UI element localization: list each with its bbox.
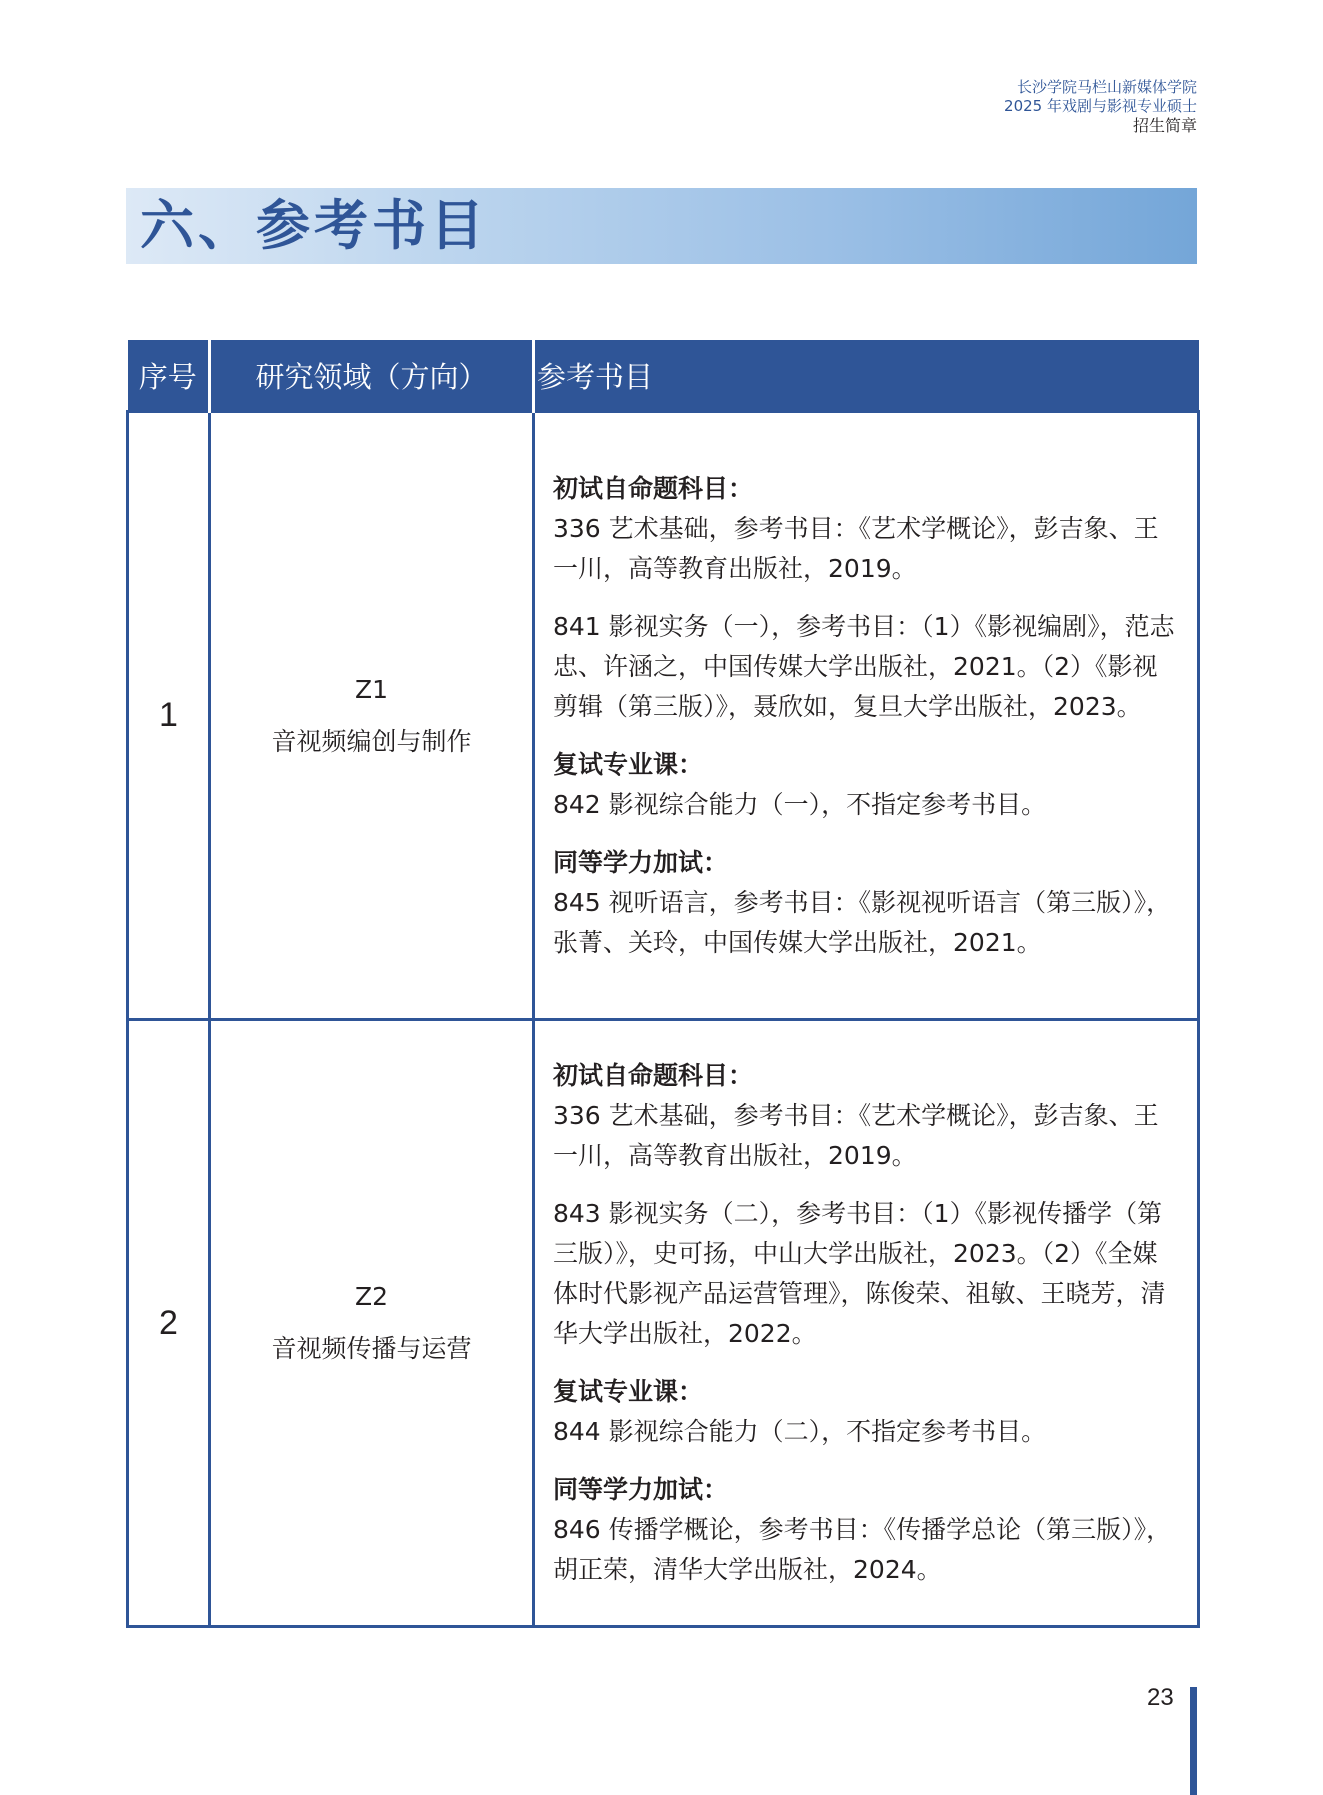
retest-heading: 复试专业课：: [553, 1372, 1179, 1412]
header-program: 2025 年戏剧与影视专业硕士: [1004, 97, 1197, 116]
field-code: Z1: [211, 664, 532, 716]
equiv-entry: 845 视听语言，参考书目：《影视视听语言（第三版）》，张菁、关玲，中国传媒大学…: [553, 883, 1179, 963]
header-index: 序号: [128, 340, 210, 412]
row-index: 2: [128, 1020, 210, 1627]
table-header-row: 序号 研究领域（方向） 参考书目: [128, 340, 1199, 412]
prelim-heading: 初试自命题科目：: [553, 469, 1179, 509]
prelim-subject-entry: 841 影视实务（一），参考书目：（1）《影视编剧》，范志忠、许涵之，中国传媒大…: [553, 607, 1179, 727]
header-institution: 长沙学院马栏山新媒体学院: [1004, 78, 1197, 97]
page-accent-bar: [1190, 1687, 1197, 1795]
equiv-heading: 同等学力加试：: [553, 1470, 1179, 1510]
field-name: 音视频传播与运营: [211, 1323, 532, 1375]
equiv-heading: 同等学力加试：: [553, 843, 1179, 883]
running-header: 长沙学院马栏山新媒体学院 2025 年戏剧与影视专业硕士 招生简章: [1004, 78, 1197, 135]
field-name: 音视频编创与制作: [211, 716, 532, 768]
reference-books-cell: 初试自命题科目： 336 艺术基础，参考书目：《艺术学概论》，彭吉象、王一川，高…: [534, 1020, 1199, 1627]
header-doc-type: 招生简章: [1004, 116, 1197, 135]
table-row: 2 Z2 音视频传播与运营 初试自命题科目： 336 艺术基础，参考书目：《艺术…: [128, 1020, 1199, 1627]
section-title: 六、参考书目: [140, 194, 488, 258]
research-field-cell: Z1 音视频编创与制作: [210, 412, 534, 1020]
reference-books-cell: 初试自命题科目： 336 艺术基础，参考书目：《艺术学概论》，彭吉象、王一川，高…: [534, 412, 1199, 1020]
table-row: 1 Z1 音视频编创与制作 初试自命题科目： 336 艺术基础，参考书目：《艺术…: [128, 412, 1199, 1020]
retest-entry: 844 影视综合能力（二），不指定参考书目。: [553, 1412, 1179, 1452]
page-number: 23: [1147, 1684, 1174, 1712]
row-index: 1: [128, 412, 210, 1020]
prelim-heading: 初试自命题科目：: [553, 1056, 1179, 1096]
retest-heading: 复试专业课：: [553, 745, 1179, 785]
header-reference-books: 参考书目: [534, 340, 1199, 412]
prelim-336-entry: 336 艺术基础，参考书目：《艺术学概论》，彭吉象、王一川，高等教育出版社，20…: [553, 1096, 1179, 1176]
reference-books-table: 序号 研究领域（方向） 参考书目 1 Z1 音视频编创与制作 初试自命题科目： …: [126, 340, 1200, 1628]
prelim-subject-entry: 843 影视实务（二），参考书目：（1）《影视传播学（第三版）》，史可扬，中山大…: [553, 1194, 1179, 1354]
field-code: Z2: [211, 1271, 532, 1323]
retest-entry: 842 影视综合能力（一），不指定参考书目。: [553, 785, 1179, 825]
research-field-cell: Z2 音视频传播与运营: [210, 1020, 534, 1627]
header-research-field: 研究领域（方向）: [210, 340, 534, 412]
equiv-entry: 846 传播学概论，参考书目：《传播学总论（第三版）》，胡正荣，清华大学出版社，…: [553, 1510, 1179, 1590]
section-title-band: 六、参考书目: [126, 188, 1197, 264]
prelim-336-entry: 336 艺术基础，参考书目：《艺术学概论》，彭吉象、王一川，高等教育出版社，20…: [553, 509, 1179, 589]
